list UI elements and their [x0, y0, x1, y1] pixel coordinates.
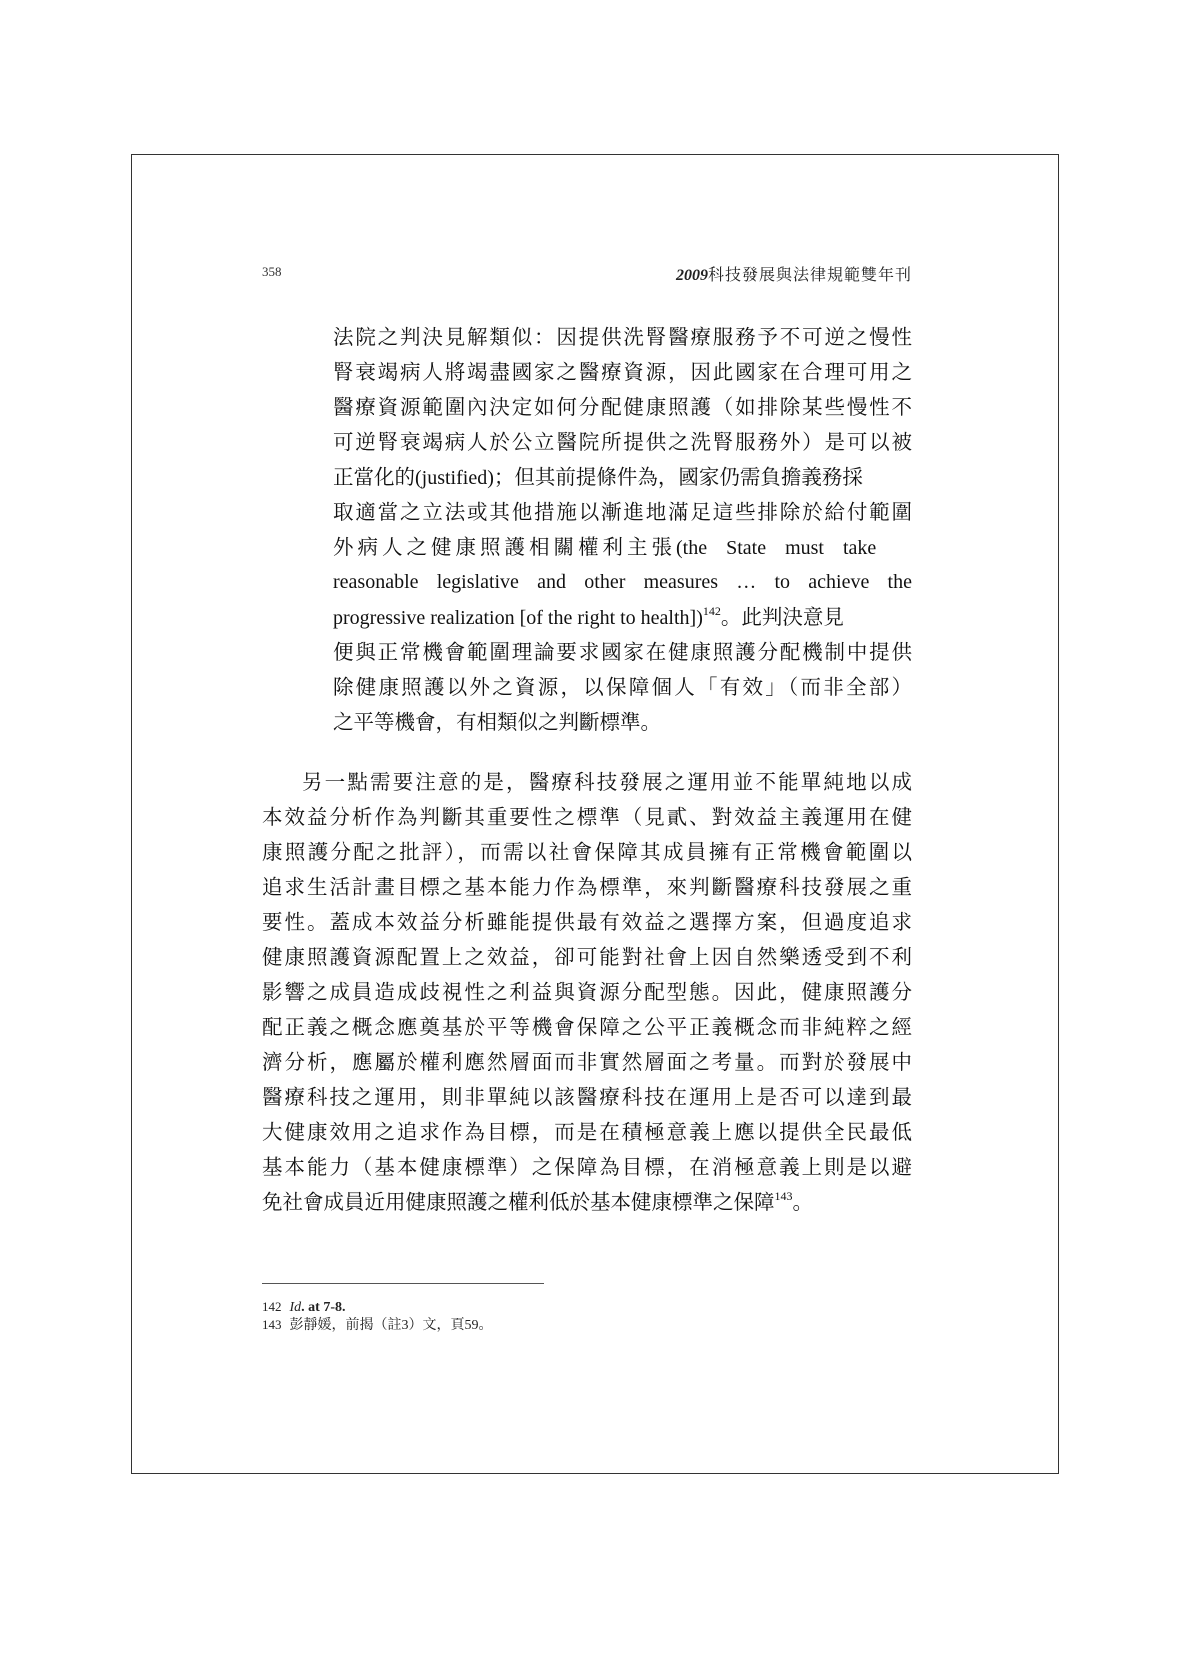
footnote-ref-143[interactable]: 143 — [775, 1189, 793, 1203]
footnote-text: 彭靜媛，前揭（註 — [290, 1317, 402, 1333]
paragraph-line: 配正義之概念應奠基於平等機會保障之公平正義概念而非純粹之經 — [262, 1010, 912, 1045]
paragraph-line: 另一點需要注意的是，醫療科技發展之運用並不能單純地以成 — [302, 765, 912, 800]
paragraph-line: 影響之成員造成歧視性之利益與資源分配型態。因此，健康照護分 — [262, 975, 912, 1010]
quote-line: 外病人之健康照護相關權利主張(the State must take — [333, 530, 912, 566]
footnote-text: . at 7-8. — [301, 1300, 345, 1315]
paragraph-line: 濟分析，應屬於權利應然層面而非實然層面之考量。而對於發展中 — [262, 1045, 912, 1080]
paragraph-line: 免社會成員近用健康照護之權利低於基本健康標準之保障143。 — [262, 1185, 813, 1220]
running-title: 2009科技發展與法律規範雙年刊 — [676, 262, 912, 285]
quote-line: 之平等機會，有相類似之判斷標準。 — [333, 705, 661, 740]
footnote-text: 59 — [465, 1318, 479, 1333]
quote-english: progressive realization [of the right to… — [333, 607, 703, 629]
footnote-number: 143 — [262, 1317, 282, 1332]
quote-text: 正當化的 — [333, 465, 415, 489]
quote-line: progressive realization [of the right to… — [333, 600, 912, 636]
footnote-text: ）文，頁 — [409, 1317, 465, 1333]
quote-english: (justified) — [415, 467, 494, 489]
quote-line: 除健康照護以外之資源，以保障個人「有效」（而非全部） — [333, 670, 912, 705]
running-title-text: 科技發展與法律規範雙年刊 — [708, 265, 912, 284]
quote-text: 。此判決意見 — [721, 605, 844, 629]
quote-line: 醫療資源範圍內決定如何分配健康照護（如排除某些慢性不 — [333, 390, 912, 425]
quote-text: 外病人之健康照護相關權利主張 — [333, 535, 676, 559]
footnote-143: 143彭靜媛，前揭（註3）文，頁59。 — [262, 1316, 493, 1335]
footnote-142: 142Id. at 7-8. — [262, 1298, 346, 1317]
paragraph-line: 大健康效用之追求作為目標，而是在積極意義上應以提供全民最低 — [262, 1115, 912, 1150]
quote-line: 取適當之立法或其他措施以漸進地滿足這些排除於給付範圍 — [333, 495, 912, 530]
quote-line: 正當化的(justified)；但其前提條件為，國家仍需負擔義務採 — [333, 460, 912, 496]
paragraph-line: 康照護分配之批評），而需以社會保障其成員擁有正常機會範圍以 — [262, 835, 912, 870]
footnote-text: 。 — [479, 1317, 493, 1333]
quote-text: ；但其前提條件為，國家仍需負擔義務採 — [494, 465, 863, 489]
paragraph-line: 追求生活計畫目標之基本能力作為標準，來判斷醫療科技發展之重 — [262, 870, 912, 905]
paragraph-text: 免社會成員近用健康照護之權利低於基本健康標準之保障 — [262, 1190, 775, 1214]
footnote-italic: Id — [290, 1300, 302, 1315]
running-header: 358 2009科技發展與法律規範雙年刊 — [262, 262, 912, 284]
footnote-separator — [262, 1283, 544, 1284]
paragraph-line: 基本能力（基本健康標準）之保障為目標，在消極意義上則是以避 — [262, 1150, 912, 1185]
footnote-text: 3 — [402, 1318, 409, 1333]
paragraph-line: 本效益分析作為判斷其重要性之標準（見貳、對效益主義運用在健 — [262, 800, 912, 835]
quote-english: (the State must take — [676, 537, 876, 559]
quote-line: 法院之判決見解類似：因提供洗腎醫療服務予不可逆之慢性 — [333, 320, 912, 355]
quote-line: reasonable legislative and other measure… — [333, 565, 912, 600]
paragraph-text: 。 — [793, 1190, 814, 1214]
running-title-year: 2009 — [676, 267, 708, 284]
paragraph-line: 醫療科技之運用，則非單純以該醫療科技在運用上是否可以達到最 — [262, 1080, 912, 1115]
paragraph-line: 要性。蓋成本效益分析雖能提供最有效益之選擇方案，但過度追求 — [262, 905, 912, 940]
quote-line: 腎衰竭病人將竭盡國家之醫療資源，因此國家在合理可用之 — [333, 355, 912, 390]
footnote-ref-142[interactable]: 142 — [703, 604, 721, 618]
footnote-number: 142 — [262, 1299, 282, 1314]
quote-line: 便與正常機會範圍理論要求國家在健康照護分配機制中提供 — [333, 635, 912, 670]
page-number: 358 — [262, 264, 282, 280]
paragraph-line: 健康照護資源配置上之效益，卻可能對社會上因自然樂透受到不利 — [262, 940, 912, 975]
quote-line: 可逆腎衰竭病人於公立醫院所提供之洗腎服務外）是可以被 — [333, 425, 912, 460]
